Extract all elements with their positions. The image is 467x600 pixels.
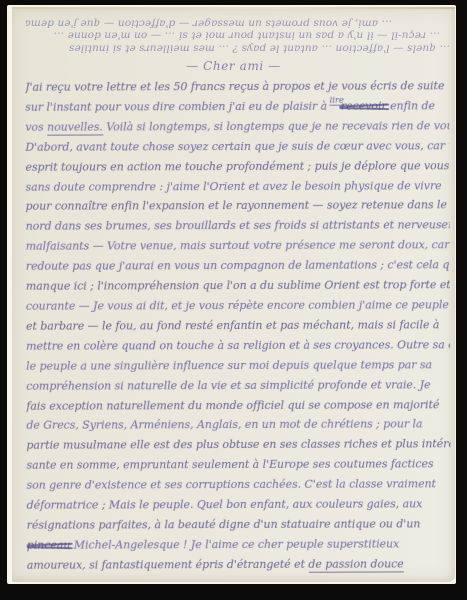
handwritten-line: J'ai reçu votre lettre et les 50 francs … [25,76,449,97]
letter-scan: … quels — l'affection … autant le pays ?… [0,0,467,600]
handwritten-line: sans doute comprendre : j'aime l'Orient … [25,176,449,197]
underlined-phrase: de passion douce [308,557,403,572]
line-text: Michel-Angelesque ! Je l'aime ce cher pe… [70,537,399,551]
handwritten-line: de Grecs, Syriens, Arméniens, Anglais, e… [26,415,450,436]
handwritten-line: résignations parfaites, à la beauté dign… [27,514,451,535]
letter-body: J'ai reçu votre lettre et les 50 francs … [25,76,451,575]
inverted-top-margin-text: … quels — l'affection … autant le pays ?… [26,17,450,55]
handwritten-line: déformatrice ; Mais le peuple. Quel bon … [27,494,451,515]
line-text: vos [25,120,47,133]
handwritten-line: partie musulmane elle est des plus obtus… [26,435,450,456]
handwritten-line: et barbare — le fou, au fond resté enfan… [26,315,450,336]
handwritten-line: D'abord, avant toute chose soyez certain… [25,136,449,157]
line-text: sur l'instant pour vous dire combien j'a… [25,100,330,114]
handwritten-line: compréhension si naturelle de la vie et … [26,375,450,396]
handwritten-line: sante en somme, empruntant seulement à l… [26,454,450,475]
handwritten-line: le peuple a une singulière influence sur… [26,355,450,376]
handwritten-line: mettre en colère quand on touche à sa re… [26,335,450,356]
struck-out-word: recevoir [341,96,387,116]
line-text: Voilà si longtemps, si longtemps que je … [103,119,450,133]
line-text: amoureux, si fantastiquement épris d'étr… [27,558,309,572]
handwritten-line: son genre d'existence et ses corruptions… [27,474,451,495]
handwritten-line-with-underline: vos nouvelles. Voilà si longtemps, si lo… [25,116,449,137]
inverted-line: … quels — l'affection … autant le pays ?… [26,42,450,55]
letter-page: … quels — l'affection … autant le pays ?… [12,9,455,582]
handwritten-line: redoute pas que j'aurai en vous un compa… [26,255,450,276]
inverted-line: … ami, je vous promets un messager — d'a… [26,17,450,30]
inverted-line: … reçu-il — il n'y a pas un instant pour… [26,30,450,43]
handwritten-line-with-underline: amoureux, si fantastiquement épris d'étr… [27,554,451,575]
handwritten-line-with-correction: pinceau Michel-Angelesque ! Je l'aime ce… [27,534,451,555]
handwritten-line: courante — Je vous ai dit, et je vous ré… [26,295,450,316]
handwritten-line: malfaisants — Votre venue, mais surtout … [26,236,450,257]
underlined-word: nouvelles. [47,120,103,135]
handwritten-line: fais exception naturellement du monde of… [26,395,450,416]
handwritten-line-with-correction: sur l'instant pour vous dire combien j'a… [25,96,449,117]
handwritten-line: nord dans ses brumes, ses brouillards et… [26,216,450,237]
handwritten-line: pour connaître enfin l'expansion et le r… [26,196,450,217]
handwritten-line: esprit toujours en action me touche prof… [25,156,449,177]
salutation: — Cher ami — [12,59,455,73]
line-text: enfin de [387,99,435,112]
struck-out-word: pinceau [27,535,71,555]
handwritten-line: manque ici ; l'incompréhension que l'on … [26,275,450,296]
